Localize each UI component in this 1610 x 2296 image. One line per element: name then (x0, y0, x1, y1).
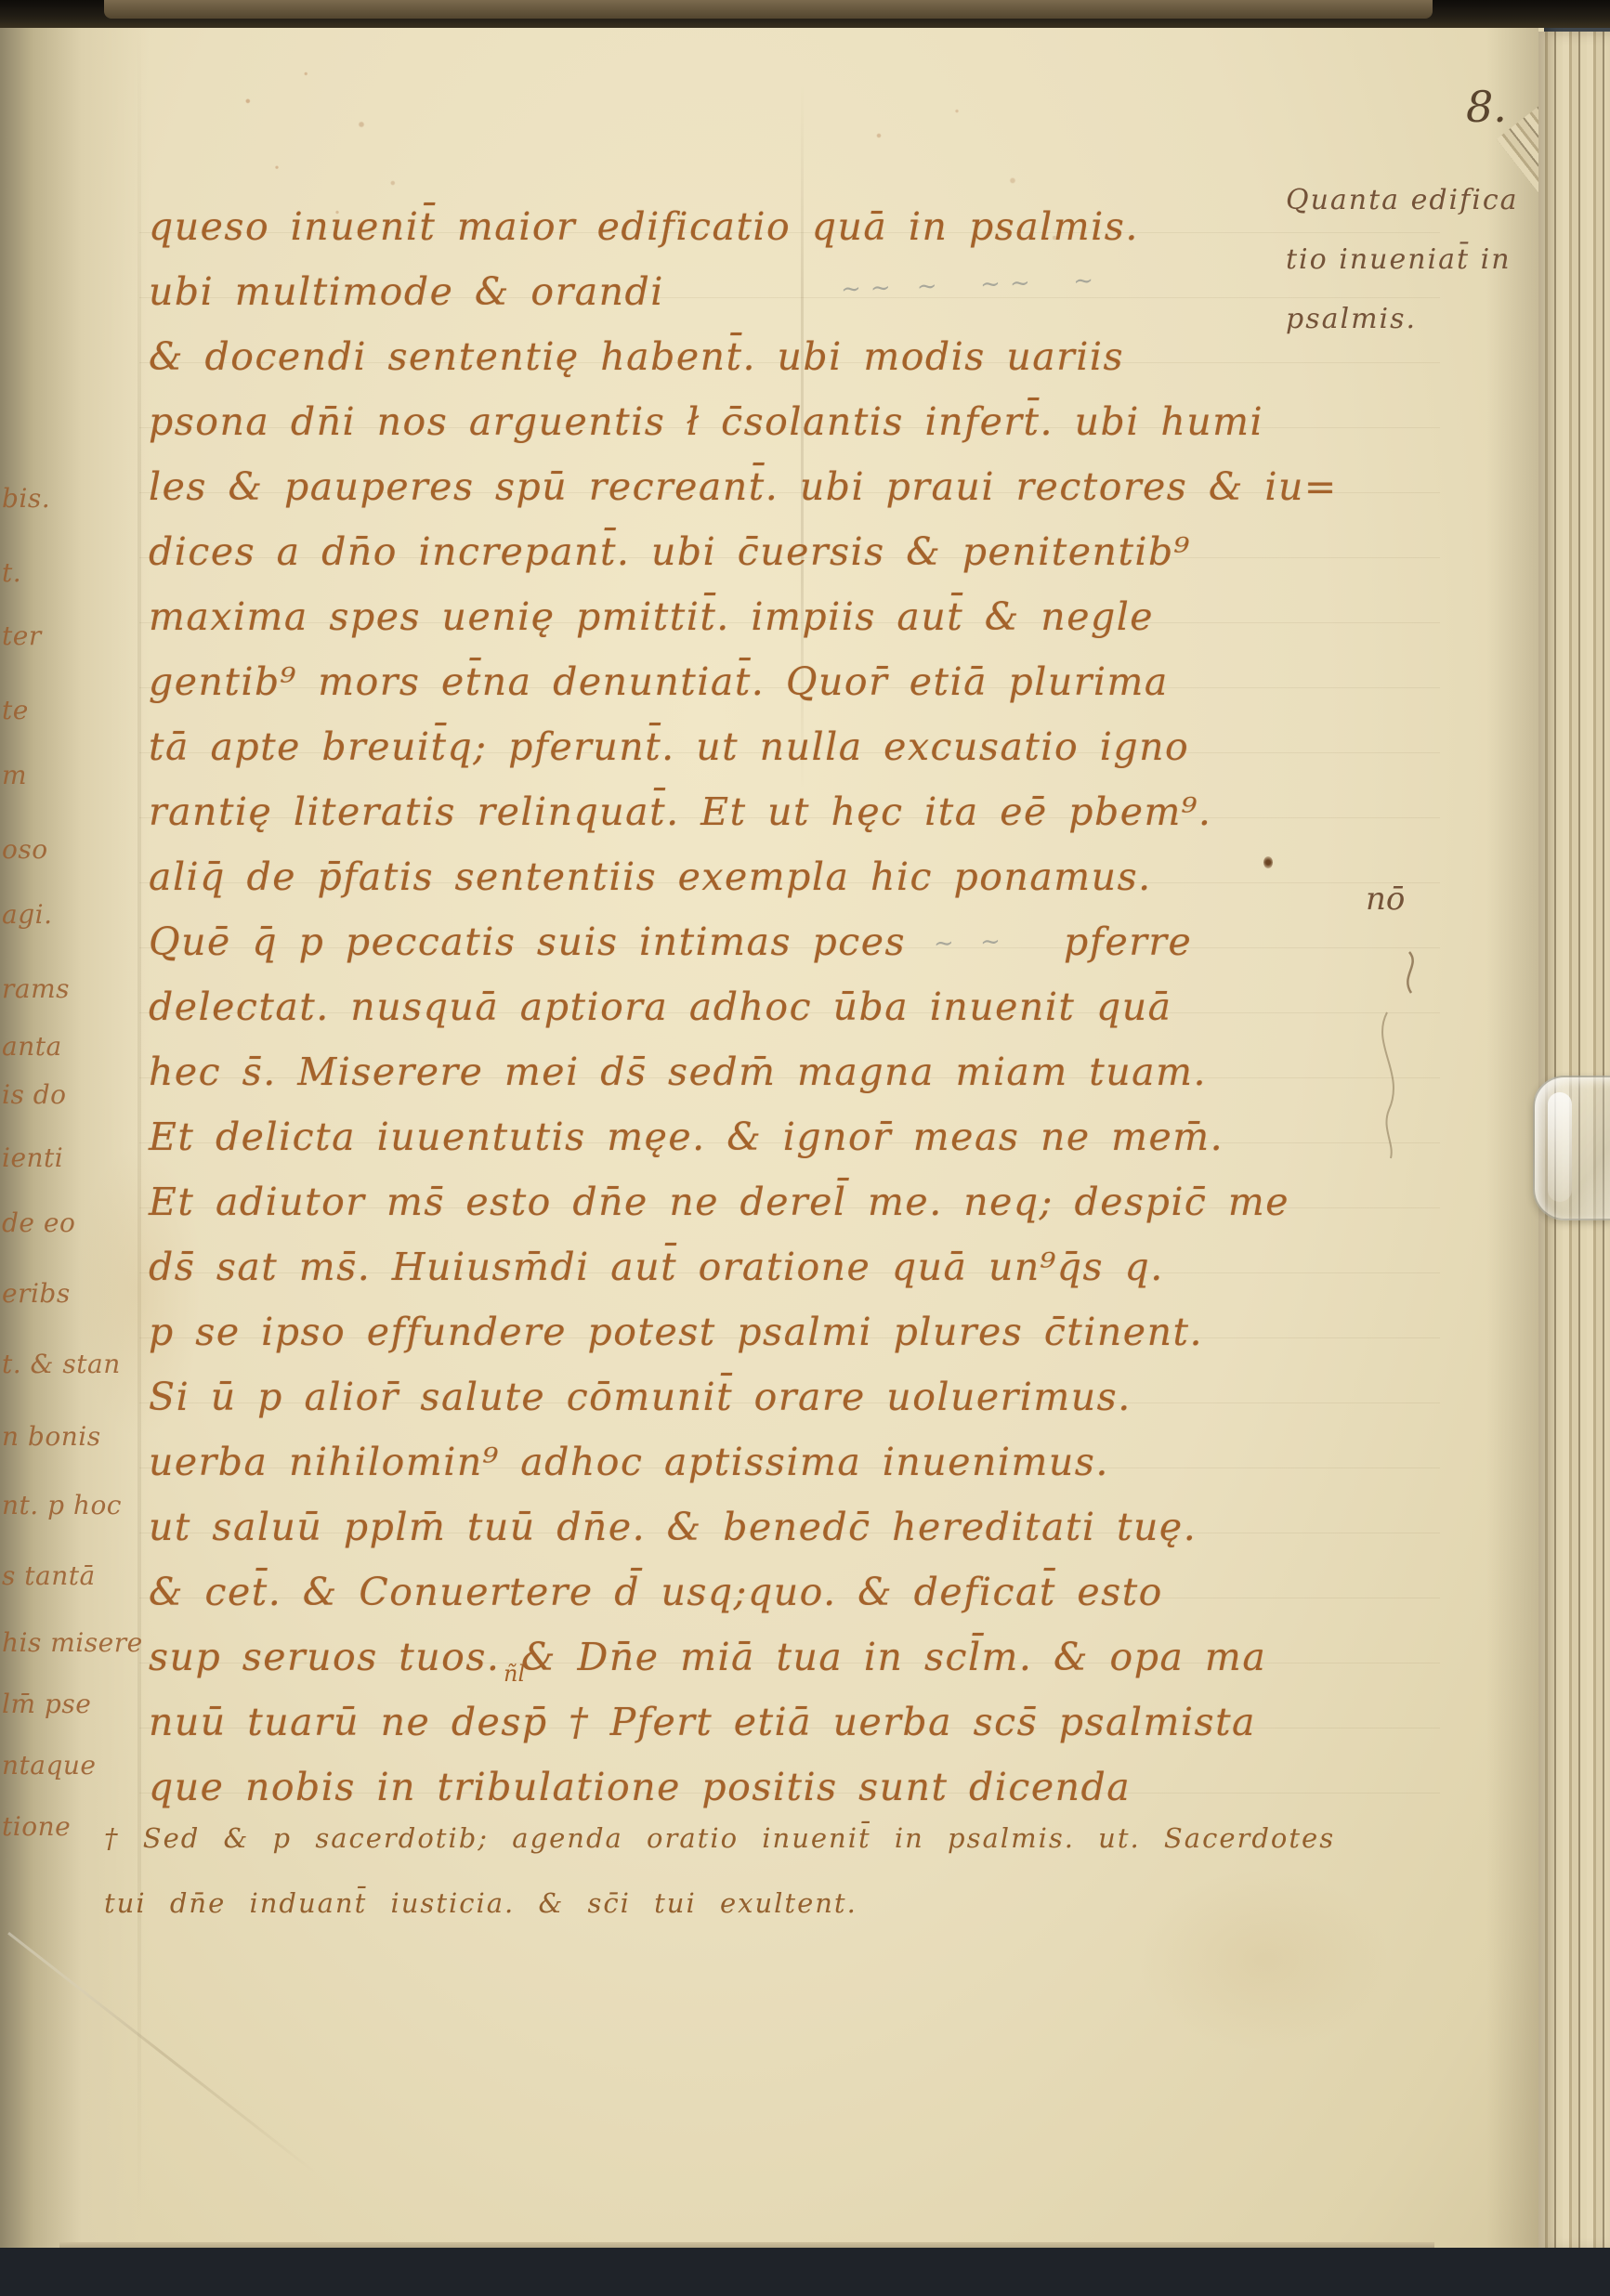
clip-highlight (1548, 1092, 1572, 1202)
main-text-line: aliq̄ de p̄fatis sententiis exempla hic … (149, 851, 1152, 903)
main-text-line: maxima spes uenię pmittit̄. impiis aut̄ … (149, 591, 1154, 643)
gutter-fragment: de eo (2, 1207, 75, 1238)
main-text-line: ut saluū pplm̄ tuū dn̄e. & benedc̄ hered… (149, 1501, 1197, 1553)
addition-line: † Sed & p sacerdotib; agenda oratio inue… (104, 1822, 1335, 1854)
gutter-fragment: ienti (2, 1142, 63, 1173)
gutter-fragment: n bonis (2, 1421, 101, 1452)
main-text-line: & docendi sententię habent̄. ubi modis u… (149, 331, 1124, 383)
margin-note-nota: nō (1366, 881, 1405, 918)
main-text-line: Et delicta iuuentutis męe. & ignor̄ meas… (149, 1111, 1224, 1163)
gutter-fragment: nt. p hoc (2, 1490, 122, 1520)
main-text-line: dices a dn̄o increpant̄. ubi c̄uersis & … (149, 526, 1191, 578)
main-text-line: les & pauperes spū recreant̄. ubi praui … (149, 461, 1338, 513)
ink-blot (1263, 856, 1273, 868)
gutter-fragment: eribs (2, 1278, 71, 1309)
gutter-fragment: agi. (2, 899, 52, 930)
main-text-line: Quē q̄ p peccatis suis intimas pces pfer… (149, 916, 1192, 968)
erased-text-marks: ~ ~ (934, 928, 1011, 959)
page-holder-clip (1533, 1076, 1610, 1220)
main-text-line: & cet̄. & Conuertere d̄ usq;quo. & defic… (149, 1566, 1163, 1618)
main-text-line: tā apte breuit̄q; pferunt̄. ut nulla exc… (149, 721, 1189, 773)
main-text-line: sup seruos tuos. & Dn̄e miā tua in scl̄m… (149, 1631, 1266, 1683)
gutter-fragment: oso (2, 834, 48, 865)
main-text-line: ds̄ sat ms̄. Huiusm̄di aut̄ oratione quā… (149, 1241, 1164, 1293)
margin-flourish (1352, 924, 1454, 1188)
parchment-stain (1096, 1839, 1431, 2081)
gutter-fragment: bis. (2, 483, 50, 514)
gutter-fragment: ntaque (2, 1750, 97, 1781)
gutter-fragment: tione (2, 1811, 71, 1842)
gutter-fragment: t. & stan (2, 1349, 121, 1379)
addition-line: tui dn̄e induant̄ iusticia. & sc̄i tui e… (104, 1887, 857, 1919)
binding-leather (104, 0, 1433, 19)
gutter-fragment: is do (2, 1079, 67, 1110)
main-text-line: rantię literatis relinquat̄. Et ut hęc i… (149, 786, 1211, 838)
folio-number: 8. (1466, 82, 1507, 132)
main-text-line: p se ipso effundere potest psalmi plures… (149, 1306, 1203, 1358)
main-text-line: ubi multimode & orandi (149, 266, 664, 318)
gutter-fragment: t. (2, 557, 21, 588)
gutter-fragment: te (2, 695, 29, 725)
page-edge-shadow (1486, 7, 1538, 2250)
main-text-line: queso inuenit̄ maior edificatio quā in p… (149, 201, 1139, 253)
interlinear-insertion: ñl (504, 1661, 525, 1687)
gutter-fragment: m (2, 760, 27, 790)
main-text-line: que nobis in tribulatione positis sunt d… (149, 1761, 1131, 1813)
manuscript-photo: queso inuenit̄ maior edificatio quā in p… (0, 0, 1610, 2296)
gutter-fragment: his misere (2, 1627, 143, 1658)
main-text-line: nuū tuarū ne desp̄ † Pfert etiā uerba sc… (149, 1696, 1256, 1748)
gutter-fragment: rams (2, 973, 70, 1004)
gutter-fragment: ter (2, 620, 42, 651)
main-text-line: hec s̄. Miserere mei ds̄ sedm̄ magna mia… (149, 1046, 1207, 1098)
margin-note: tio inueniat̄ in (1286, 243, 1512, 276)
main-text-line: psona dn̄i nos arguentis ł c̄solantis in… (149, 396, 1263, 448)
main-text-line: Si ū p alior̄ salute cōmunit̄ orare uolu… (149, 1371, 1132, 1423)
gutter-fragment: lm̄ pse (2, 1689, 91, 1719)
binding-bottom (0, 2248, 1610, 2296)
gutter-fragment: s tantā (2, 1560, 96, 1591)
gutter-fragment: anta (2, 1031, 62, 1062)
main-text-line: uerba nihilomin⁹ adhoc aptissima inuenim… (149, 1436, 1109, 1488)
main-text-line: delectat. nusquā aptiora adhoc ūba inuen… (149, 981, 1172, 1033)
main-text-line: gentib⁹ mors et̄na denuntiat̄. Quor̄ eti… (149, 656, 1169, 708)
margin-note: psalmis. (1286, 303, 1417, 335)
main-text-line: Et adiutor ms̄ esto dn̄e ne derel̄ me. n… (149, 1176, 1289, 1228)
margin-note: Quanta edifica (1286, 184, 1519, 216)
